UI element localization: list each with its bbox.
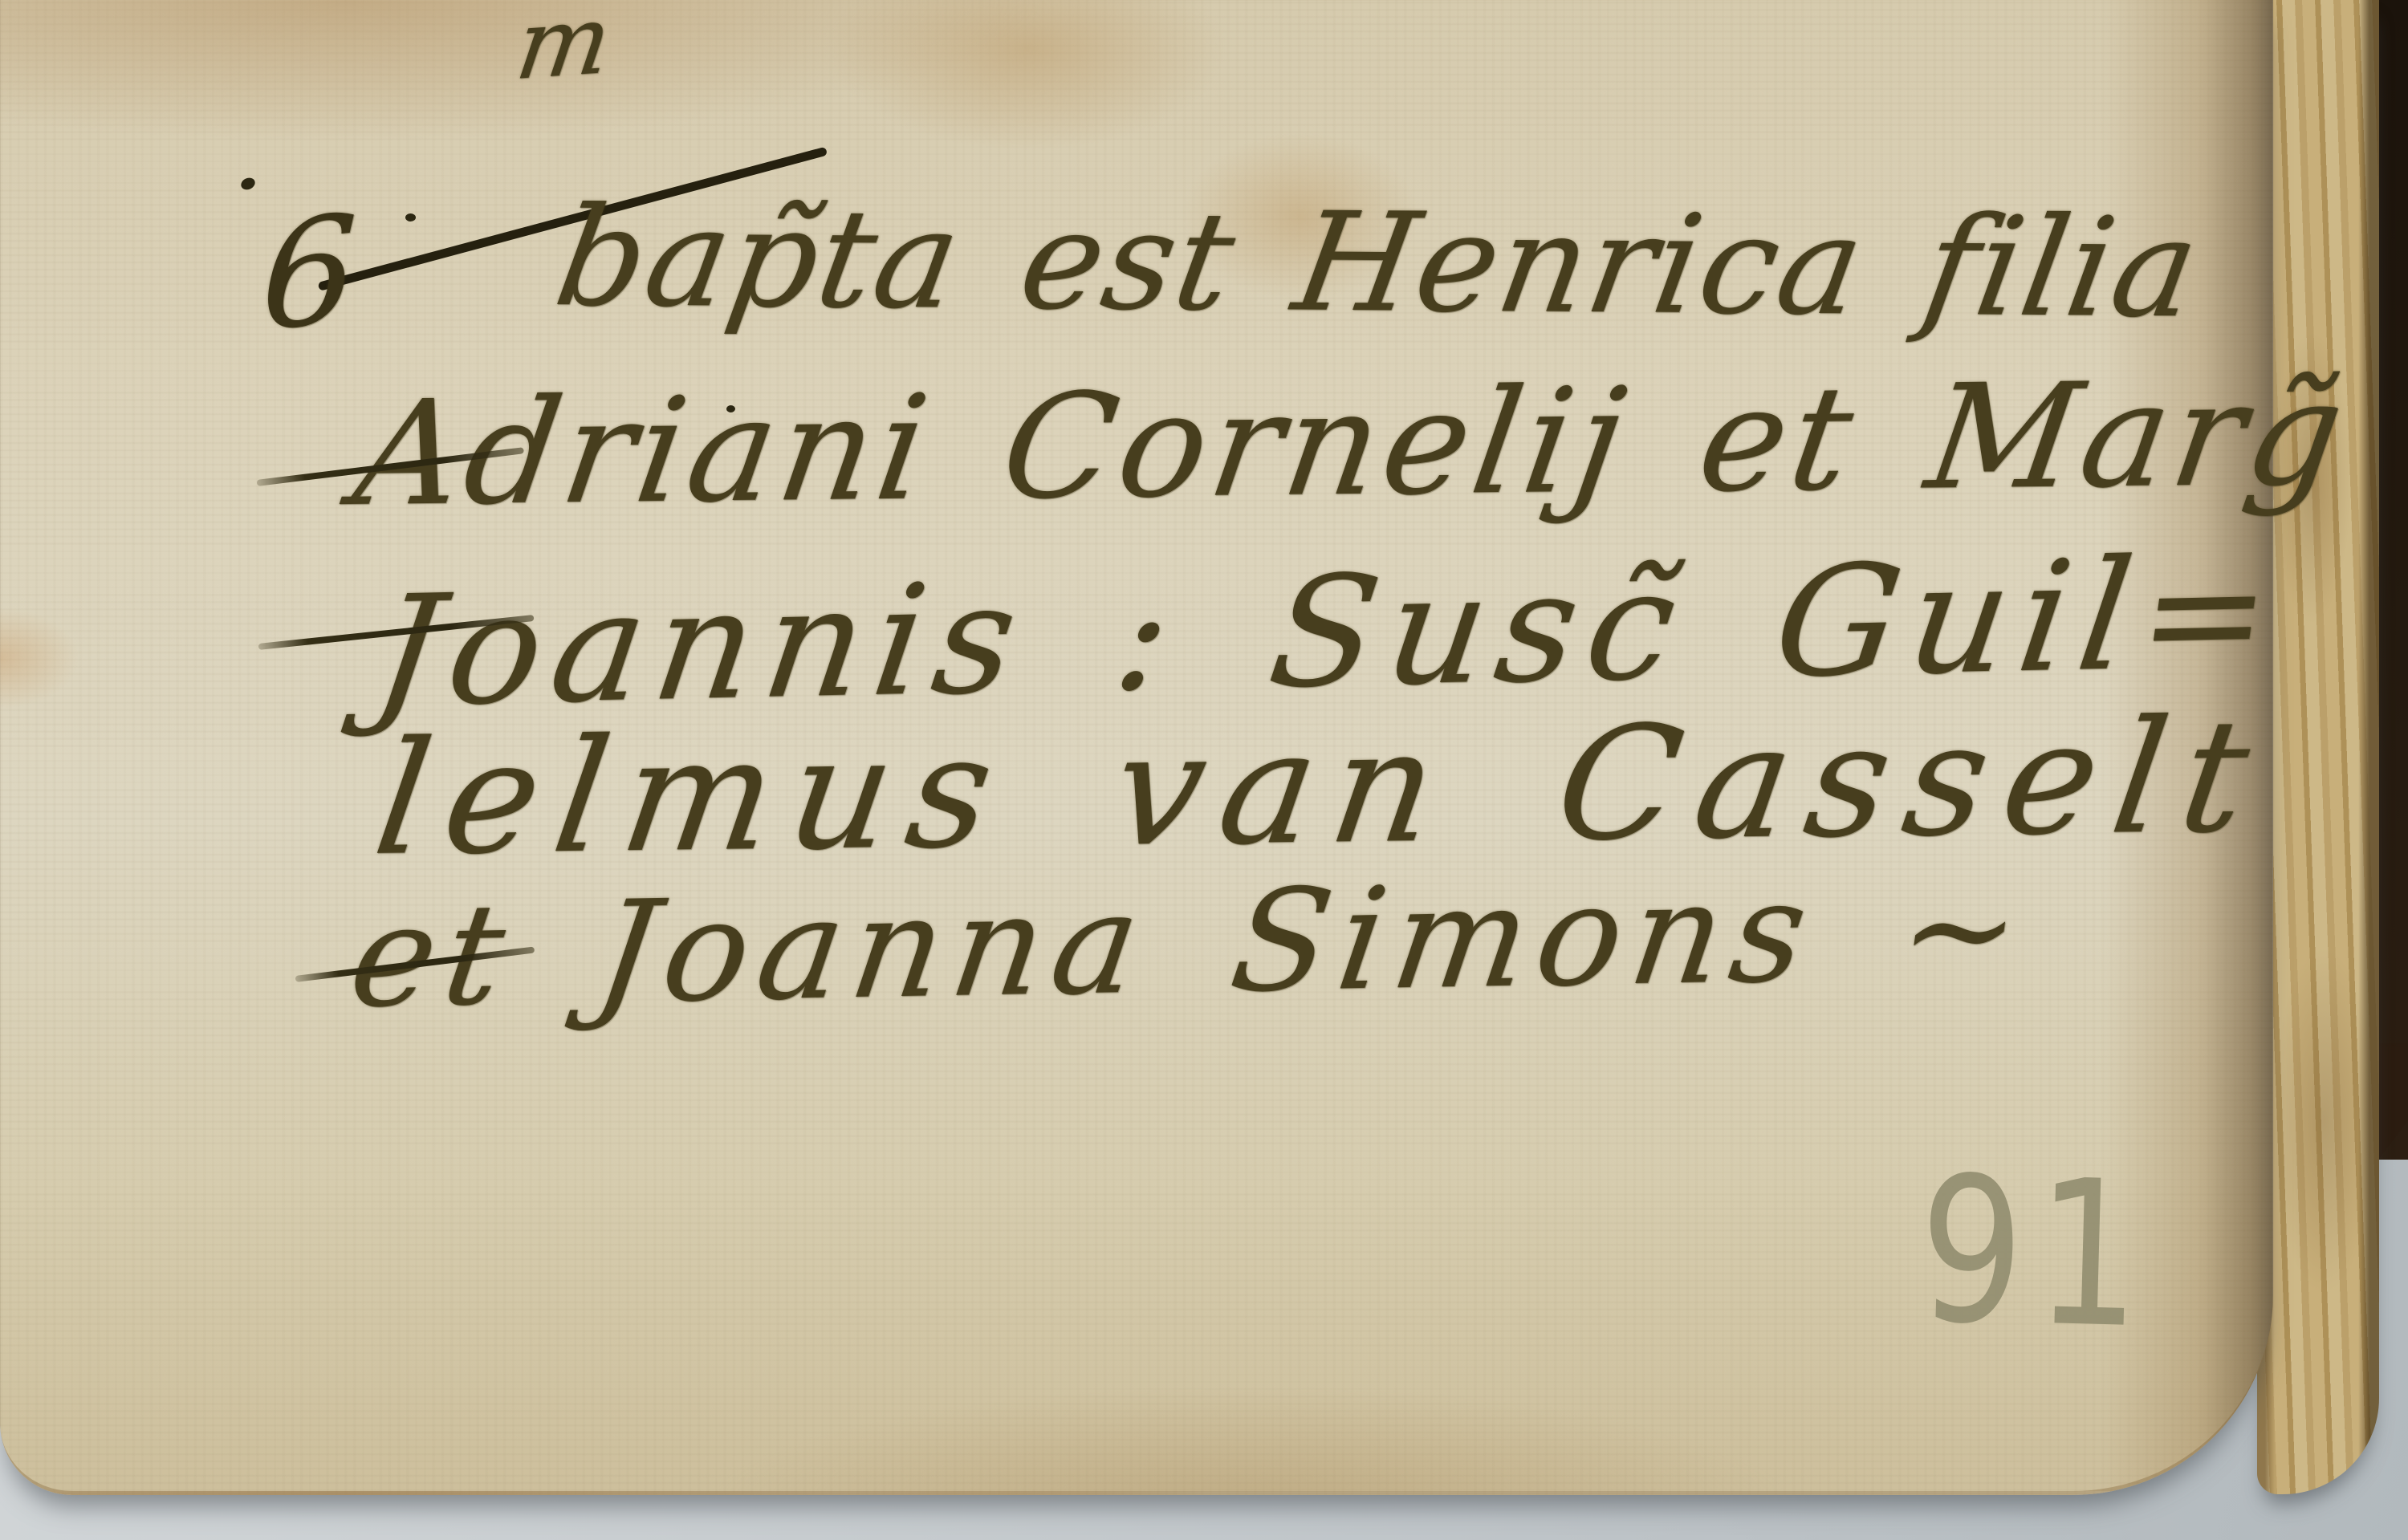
page-fore-edges — [2257, 0, 2379, 1494]
manuscript-photo: m 6 bap̃ta est Henrica filia Adriani Cor… — [0, 0, 2408, 1540]
pencil-page-number: 91 — [1916, 1133, 2155, 1373]
handwriting-line-5: et Joanna Simons ~ — [341, 847, 2040, 1039]
handwriting-line-2: Adriani Cornelij et Marg̃ — [345, 350, 2357, 538]
header-mark: m — [510, 0, 618, 102]
handwriting-line-1: bap̃ta est Henrica filia — [546, 178, 2210, 348]
ink-dot — [726, 405, 735, 412]
ink-dot — [405, 213, 416, 221]
entry-number: 6 — [258, 182, 360, 364]
